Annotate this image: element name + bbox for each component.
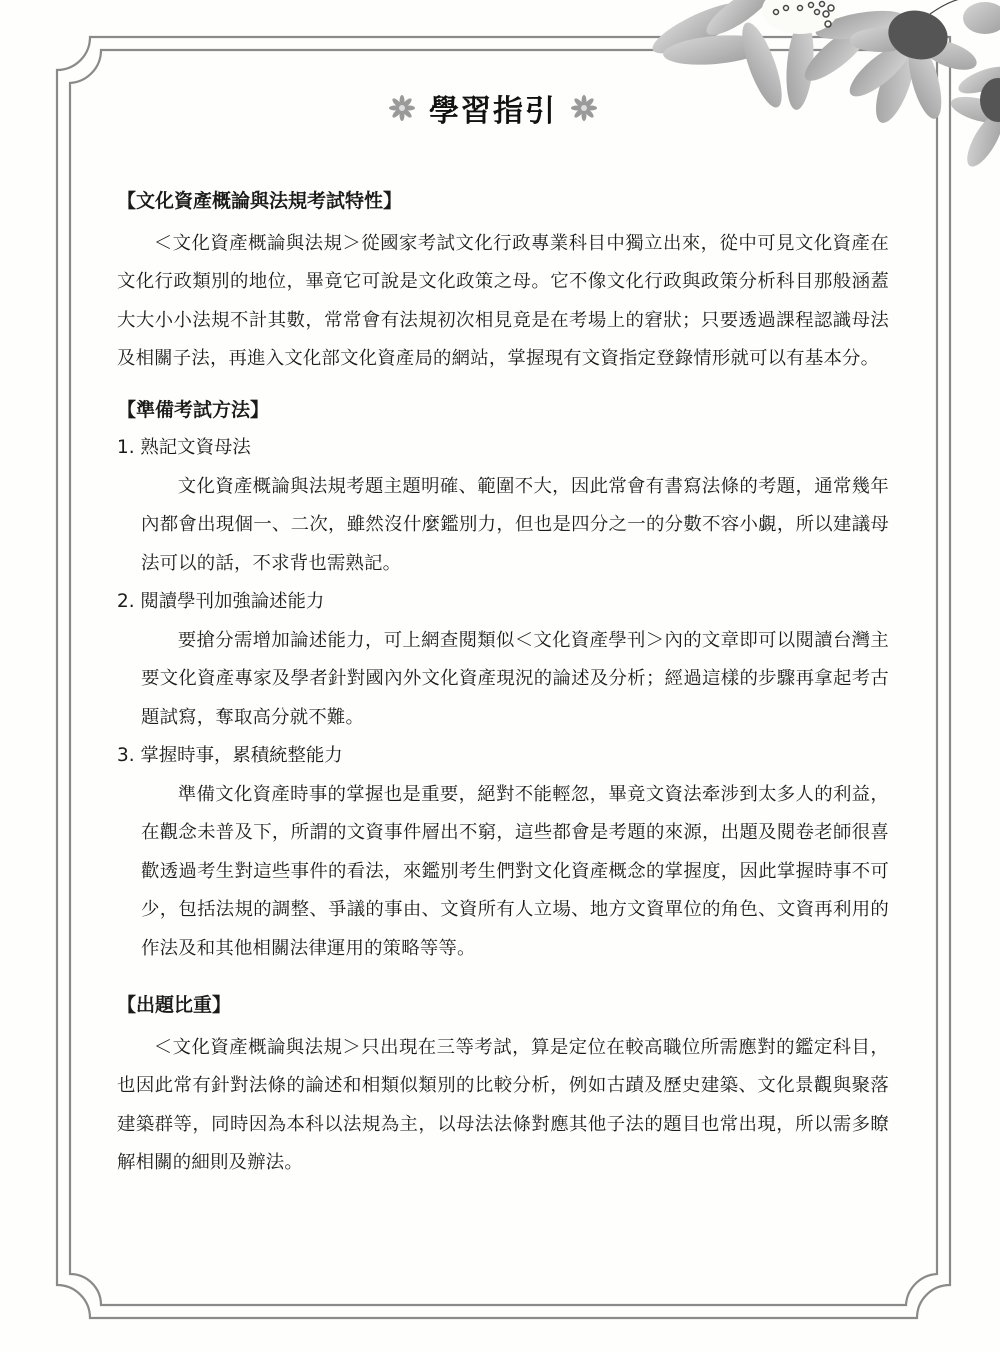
section-paragraph: ＜文化資產概論與法規＞只出現在三等考試，算是定位在較高職位所需應對的鑑定科目，也… [117,1029,889,1183]
page-title: 學習指引 [429,86,557,130]
method-item-text: 準備文化資產時事的掌握也是重要，絕對不能輕忽，畢竟文資法牽涉到太多人的利益，在觀… [141,776,889,969]
flower-ornament-icon [389,95,415,121]
method-item-text: 要搶分需增加論述能力，可上網查閱類似＜文化資產學刊＞內的文章即可以閱讀台灣主要文… [141,622,889,738]
flower-ornament-icon [571,95,597,121]
method-item-title: 2. 閱讀學刊加強論述能力 [117,583,889,622]
method-item-text: 文化資產概論與法規考題主題明確、範圍不大，因此常會有書寫法條的考題，通常幾年內都… [141,468,889,584]
section-heading-question-weighting: 【出題比重】 [117,986,889,1025]
flower-large-icon [647,0,906,112]
document-body: 【文化資產概論與法規考試特性】 ＜文化資產概論與法規＞從國家考試文化行政專業科目… [117,182,889,1183]
section-heading-preparation-methods: 【準備考試方法】 [117,391,889,430]
section-heading-exam-characteristics: 【文化資產概論與法規考試特性】 [117,182,889,221]
method-item-title: 3. 掌握時事，累積統整能力 [117,737,889,776]
section-paragraph: ＜文化資產概論與法規＞從國家考試文化行政專業科目中獨立出來，從中可見文化資產在文… [117,225,889,379]
method-item-title: 1. 熟記文資母法 [117,429,889,468]
page-title-block: 學習指引 [362,80,624,136]
flower-small-icon [948,2,1000,170]
